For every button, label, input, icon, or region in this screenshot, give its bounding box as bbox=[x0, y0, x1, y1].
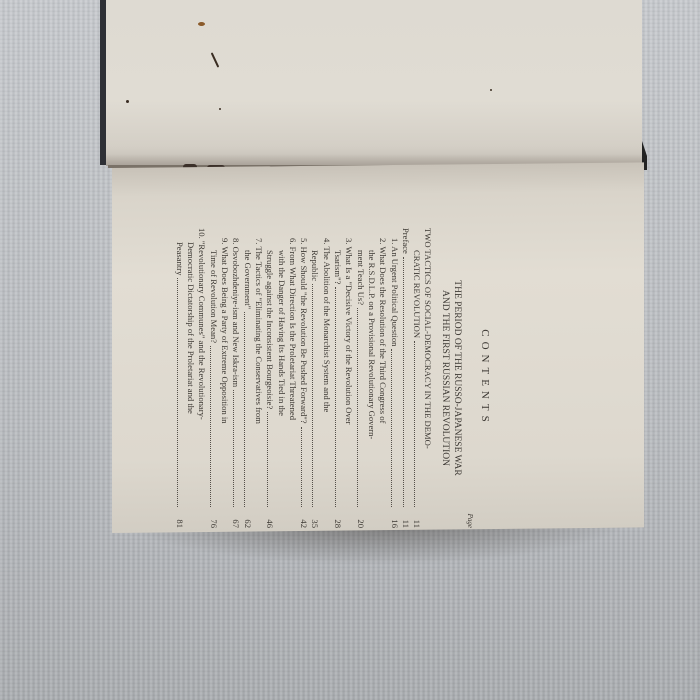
hair-mark bbox=[211, 52, 220, 67]
speck bbox=[219, 108, 221, 110]
toc-entry: TWO TACTICS OF SOCIAL-DEMOCRACY IN THE D… bbox=[411, 228, 434, 528]
toc-entry: 5. How Should "the Revolution Be Pushed … bbox=[298, 228, 309, 528]
part-title: THE PERIOD OF THE RUSSO-JAPANESE WAR AND… bbox=[439, 228, 463, 528]
speck bbox=[198, 22, 205, 26]
left-page-blank bbox=[106, 0, 642, 166]
toc-entry: 6. From What Direction Is the Proletaria… bbox=[264, 228, 298, 528]
toc-entry: 1. An Urgent Political Question16 bbox=[388, 228, 399, 528]
contents-heading: CONTENTS bbox=[479, 228, 490, 528]
toc-entry: 2. What Does the Resolution of the Third… bbox=[354, 228, 388, 528]
page-column-label: Page bbox=[463, 228, 474, 528]
toc-entry: 3. What Is a "Decisive Victory of the Re… bbox=[332, 228, 355, 528]
speck bbox=[490, 89, 492, 91]
toc-entry: 10. "Revolutionary Communes" and the Rev… bbox=[174, 228, 208, 528]
toc-entry: 9. What Does Being a Party of Extreme Op… bbox=[207, 228, 230, 528]
toc-entry: Preface11 bbox=[400, 228, 411, 528]
toc-entry: 7. The Tactics of "Eliminating the Conse… bbox=[241, 228, 264, 528]
speck bbox=[126, 100, 129, 103]
toc-entry: 4. The Abolition of the Monarchist Syste… bbox=[309, 228, 332, 528]
contents-text-block: CONTENTS Page THE PERIOD OF THE RUSSO-JA… bbox=[150, 170, 490, 530]
toc-entry: 8. Osvobozhdeniye-ism and New Iskra-ism6… bbox=[230, 228, 241, 528]
